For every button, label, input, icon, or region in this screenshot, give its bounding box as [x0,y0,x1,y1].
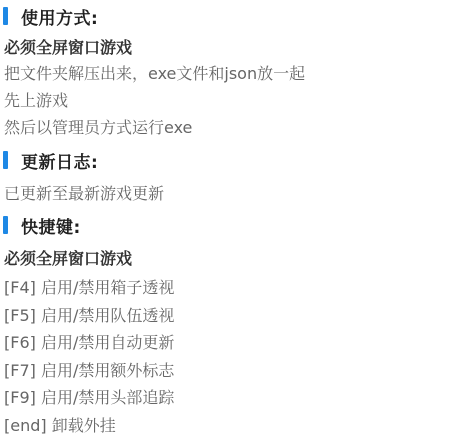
heading-accent-bar [3,7,8,25]
section-heading-changelog-text: 更新日志: [21,148,98,173]
hotkey-line: [F7] 启用/禁用额外标志 [4,357,445,385]
usage-step-line: 把文件夹解压出来，exe文件和json放一起 [4,60,445,87]
section-heading-changelog: 更新日志: [3,150,445,170]
section-heading-hotkeys: 快捷键: [3,215,445,235]
usage-step-line: 然后以管理员方式运行exe [4,114,445,141]
heading-accent-bar [3,151,8,169]
hotkey-line: [end] 卸载外挂 [4,412,445,438]
usage-steps: 把文件夹解压出来，exe文件和json放一起 先上游戏 然后以管理员方式运行ex… [3,60,445,141]
hotkey-line: [F6] 启用/禁用自动更新 [4,329,445,357]
usage-requirement-note: 必须全屏窗口游戏 [3,39,445,56]
hotkey-line: [F9] 启用/禁用头部追踪 [4,384,445,412]
section-heading-hotkeys-text: 快捷键: [21,213,81,238]
usage-step-line: 先上游戏 [4,87,445,114]
hotkey-line: [F4] 启用/禁用箱子透视 [4,274,445,302]
changelog-entries: 已更新至最新游戏更新 [3,180,445,207]
hotkey-list: [F4] 启用/禁用箱子透视 [F5] 启用/禁用队伍透视 [F6] 启用/禁用… [3,274,445,438]
section-heading-usage: 使用方式: [3,6,445,26]
readme-document: 使用方式: 必须全屏窗口游戏 把文件夹解压出来，exe文件和json放一起 先上… [0,0,453,438]
hotkey-line: [F5] 启用/禁用队伍透视 [4,302,445,330]
heading-accent-bar [3,216,8,234]
hotkeys-requirement-note: 必须全屏窗口游戏 [3,250,445,267]
section-heading-usage-text: 使用方式: [21,4,98,29]
changelog-entry-line: 已更新至最新游戏更新 [4,180,445,207]
